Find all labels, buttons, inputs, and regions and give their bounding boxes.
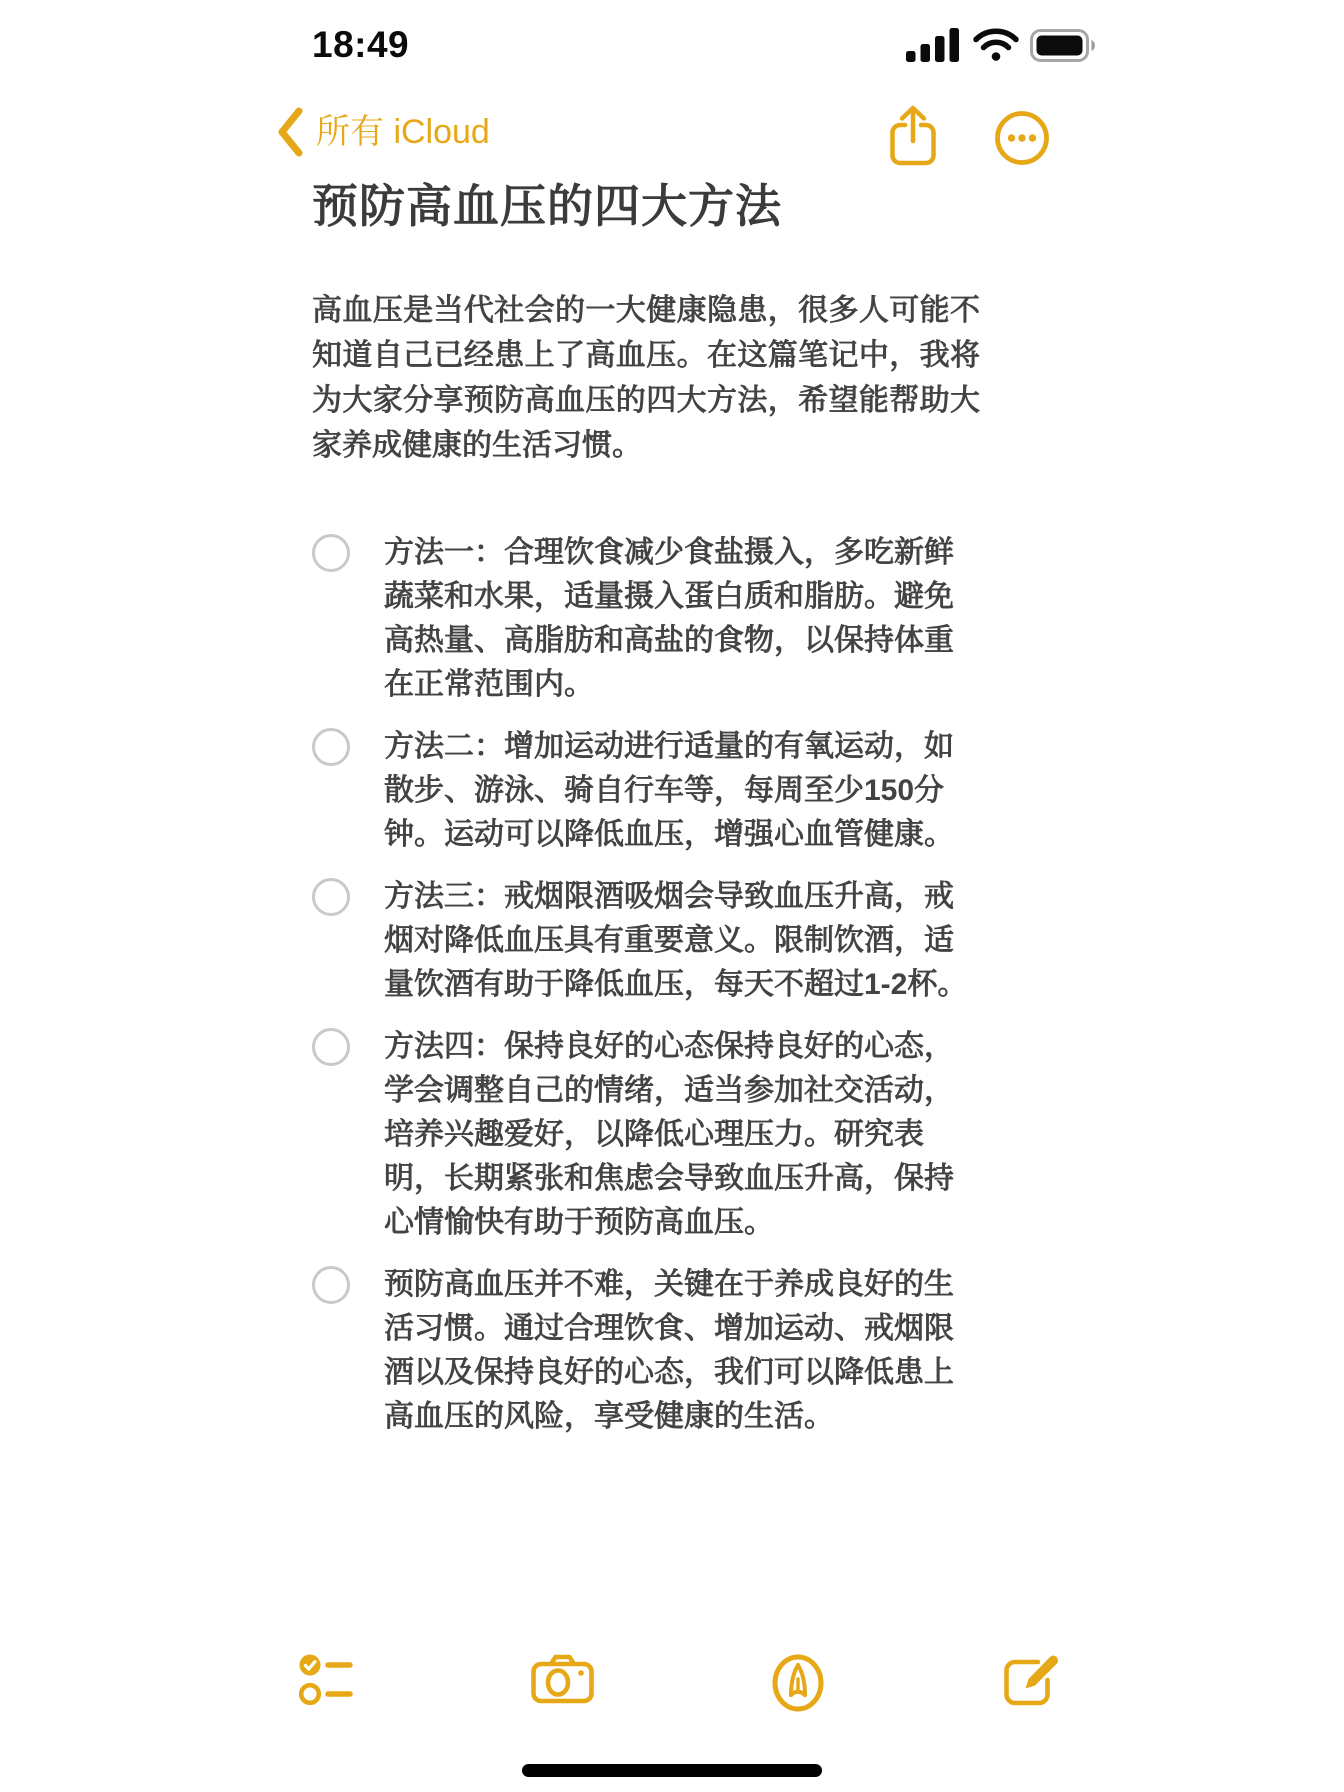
notes-app-screen: 18:49 bbox=[0, 0, 1344, 1792]
share-button[interactable] bbox=[888, 104, 938, 166]
insert-checklist-button[interactable] bbox=[298, 1653, 356, 1707]
back-button-label: 所有 iCloud bbox=[316, 106, 490, 158]
checklist-circle[interactable] bbox=[312, 878, 350, 916]
checklist-circle[interactable] bbox=[312, 1266, 350, 1304]
checklist-item: 方法三：戒烟限酒吸烟会导致血压升高，戒烟对降低血压具有重要意义。限制饮酒，适量饮… bbox=[312, 875, 980, 1007]
checklist-item-text[interactable]: 方法二：增加运动进行适量的有氧运动，如散步、游泳、骑自行车等，每周至少150分钟… bbox=[384, 725, 980, 857]
note-intro-paragraph[interactable]: 高血压是当代社会的一大健康隐患，很多人可能不知道自己已经患上了高血压。在这篇笔记… bbox=[312, 288, 980, 468]
checklist-icon bbox=[298, 1653, 356, 1707]
compose-button[interactable] bbox=[998, 1653, 1060, 1711]
camera-icon bbox=[531, 1653, 595, 1705]
compose-icon bbox=[998, 1653, 1060, 1711]
checklist-circle[interactable] bbox=[312, 534, 350, 572]
cellular-signal-icon bbox=[906, 28, 962, 62]
more-options-button[interactable] bbox=[994, 110, 1050, 166]
checklist-item-text[interactable]: 方法三：戒烟限酒吸烟会导致血压升高，戒烟对降低血压具有重要意义。限制饮酒，适量饮… bbox=[384, 875, 980, 1007]
battery-icon bbox=[1030, 29, 1098, 62]
status-icons bbox=[906, 28, 1098, 62]
chevron-left-icon bbox=[276, 107, 303, 157]
ellipsis-circle-icon bbox=[994, 110, 1050, 166]
home-indicator[interactable] bbox=[522, 1764, 822, 1777]
note-title[interactable]: 预防高血压的四大方法 bbox=[312, 170, 782, 236]
wifi-icon bbox=[973, 28, 1019, 62]
checklist-item-text[interactable]: 方法四：保持良好的心态保持良好的心态，学会调整自己的情绪，适当参加社交活动，培养… bbox=[384, 1025, 980, 1245]
checklist-circle[interactable] bbox=[312, 1028, 350, 1066]
checklist-circle[interactable] bbox=[312, 728, 350, 766]
status-time: 18:49 bbox=[312, 24, 409, 66]
checklist-item: 预防高血压并不难，关键在于养成良好的生活习惯。通过合理饮食、增加运动、戒烟限酒以… bbox=[312, 1263, 980, 1439]
checklist-item-text[interactable]: 预防高血压并不难，关键在于养成良好的生活习惯。通过合理饮食、增加运动、戒烟限酒以… bbox=[384, 1263, 980, 1439]
camera-button[interactable] bbox=[531, 1653, 595, 1705]
checklist-item: 方法二：增加运动进行适量的有氧运动，如散步、游泳、骑自行车等，每周至少150分钟… bbox=[312, 725, 980, 857]
note-checklist: 方法一：合理饮食减少食盐摄入，多吃新鲜蔬菜和水果，适量摄入蛋白质和脂肪。避免高热… bbox=[312, 531, 980, 1457]
markup-button[interactable] bbox=[770, 1653, 826, 1713]
checklist-item-text[interactable]: 方法一：合理饮食减少食盐摄入，多吃新鲜蔬菜和水果，适量摄入蛋白质和脂肪。避免高热… bbox=[384, 531, 980, 707]
checklist-item: 方法四：保持良好的心态保持良好的心态，学会调整自己的情绪，适当参加社交活动，培养… bbox=[312, 1025, 980, 1245]
checklist-item: 方法一：合理饮食减少食盐摄入，多吃新鲜蔬菜和水果，适量摄入蛋白质和脂肪。避免高热… bbox=[312, 531, 980, 707]
back-button[interactable]: 所有 iCloud bbox=[276, 106, 490, 158]
markup-icon bbox=[770, 1653, 826, 1713]
share-icon bbox=[888, 104, 938, 166]
